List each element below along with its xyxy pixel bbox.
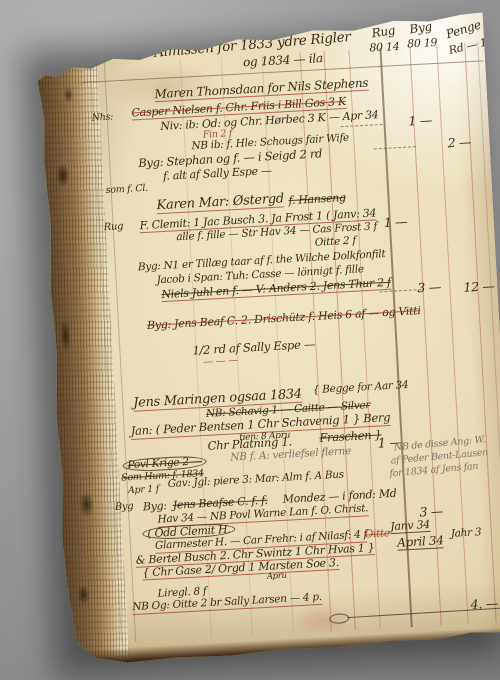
amount: 1 — [408, 114, 432, 128]
entry-name-tail: f. Hanseng [288, 192, 346, 206]
date-note: April 34 [397, 534, 444, 550]
red-dashes: — — — [203, 356, 238, 368]
amount: 12 — [463, 280, 495, 294]
ledger-line: som f. Cl. [105, 184, 148, 196]
amount: 1 — [384, 216, 408, 230]
amount: 3 — [419, 505, 443, 519]
amount: 2 — [447, 136, 471, 150]
margin-note: Nhs: [92, 112, 114, 123]
column-header-rug: Rug [371, 24, 396, 40]
photo-backdrop: Almissen for 1833 ydre Rigler og 1834 — … [0, 0, 500, 680]
date-note: Janv 34 [390, 519, 430, 534]
amount: 3 — [417, 281, 441, 295]
ledger-book: Almissen for 1833 ydre Rigler og 1834 — … [35, 12, 500, 665]
column-header-byg: Byg [409, 20, 433, 35]
column-value-byg: 80 19 [407, 37, 438, 50]
ledger-line: Oitte 2 f [315, 236, 357, 249]
margin-note: Byg [115, 502, 134, 513]
margin-note: Rug [103, 222, 123, 233]
ledger-line: Jahr 3 [451, 527, 482, 539]
amount: 4. — [470, 597, 498, 611]
ledger-line: Apr 1 f [128, 485, 159, 496]
ledger-line: Apru [267, 572, 287, 582]
ledger-line: Oitte [364, 528, 390, 540]
ledger-line: Byg: [143, 500, 167, 512]
column-value-rug: 80 14 [369, 41, 400, 54]
